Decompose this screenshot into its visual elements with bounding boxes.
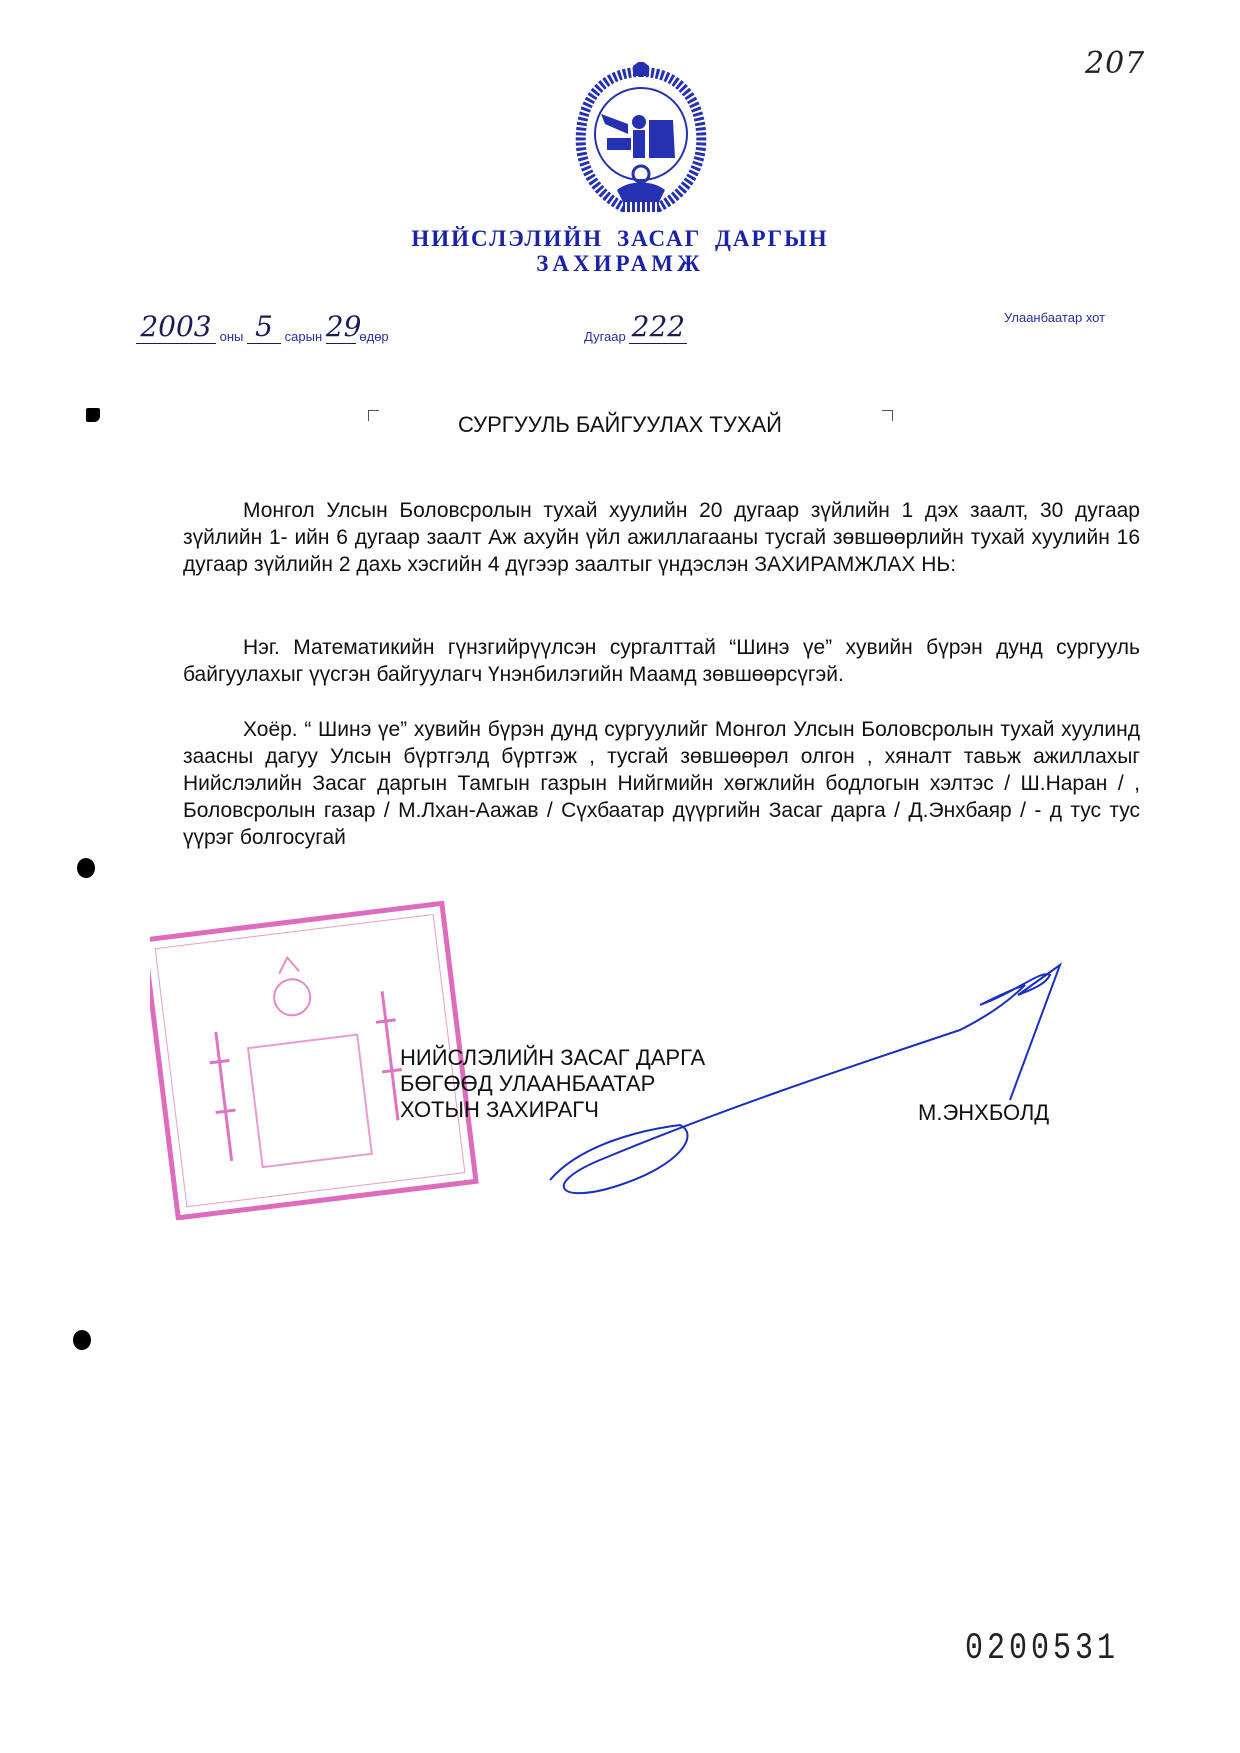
document-type: ЗАХИРАМЖ xyxy=(0,251,1240,277)
state-emblem-icon xyxy=(573,62,709,214)
place: Улаанбаатар хот xyxy=(1004,310,1105,340)
preamble-paragraph: Монгол Улсын Боловсролын тухай хуулийн 2… xyxy=(183,497,1140,578)
signer-name: М.ЭНХБОЛД xyxy=(918,1100,1049,1126)
punch-hole xyxy=(73,1330,91,1350)
document-title: СУРГУУЛЬ БАЙГУУЛАХ ТУХАЙ xyxy=(0,412,1240,438)
year-label: оны xyxy=(220,329,244,344)
number-label: Дугаар xyxy=(584,329,626,344)
document-issuer: НИЙСЛЭЛИЙН ЗАСАГ ДАРГЫН xyxy=(0,226,1240,252)
month-label: сарын xyxy=(285,329,322,344)
punch-hole xyxy=(77,858,95,878)
date-day: 29 xyxy=(326,310,356,344)
date-year: 2003 xyxy=(136,310,216,344)
order-number-field: Дугаар 222 xyxy=(584,310,687,340)
order-number: 222 xyxy=(629,310,687,344)
clause-two-paragraph: Хоёр. “ Шинэ үе” хувийн бүрэн дунд сургу… xyxy=(183,716,1140,851)
clause-one-paragraph: Нэг. Математикийн гүнзгийрүүлсэн сургалт… xyxy=(183,634,1140,688)
day-label: өдөр xyxy=(359,329,388,344)
date-month: 5 xyxy=(247,310,281,344)
serial-number: 0200531 xyxy=(965,1628,1119,1671)
paragraph-text: Нэг. Математикийн гүнзгийрүүлсэн сургалт… xyxy=(183,634,1140,688)
title-bracket-right xyxy=(882,410,893,421)
date-field: 2003 оны 5 сарын 29 өдөр xyxy=(136,310,389,340)
handwritten-signature xyxy=(540,960,1120,1200)
paragraph-text: Хоёр. “ Шинэ үе” хувийн бүрэн дунд сургу… xyxy=(183,716,1140,851)
page-number: 207 xyxy=(1085,46,1145,81)
paragraph-text: Монгол Улсын Боловсролын тухай хуулийн 2… xyxy=(183,497,1140,578)
